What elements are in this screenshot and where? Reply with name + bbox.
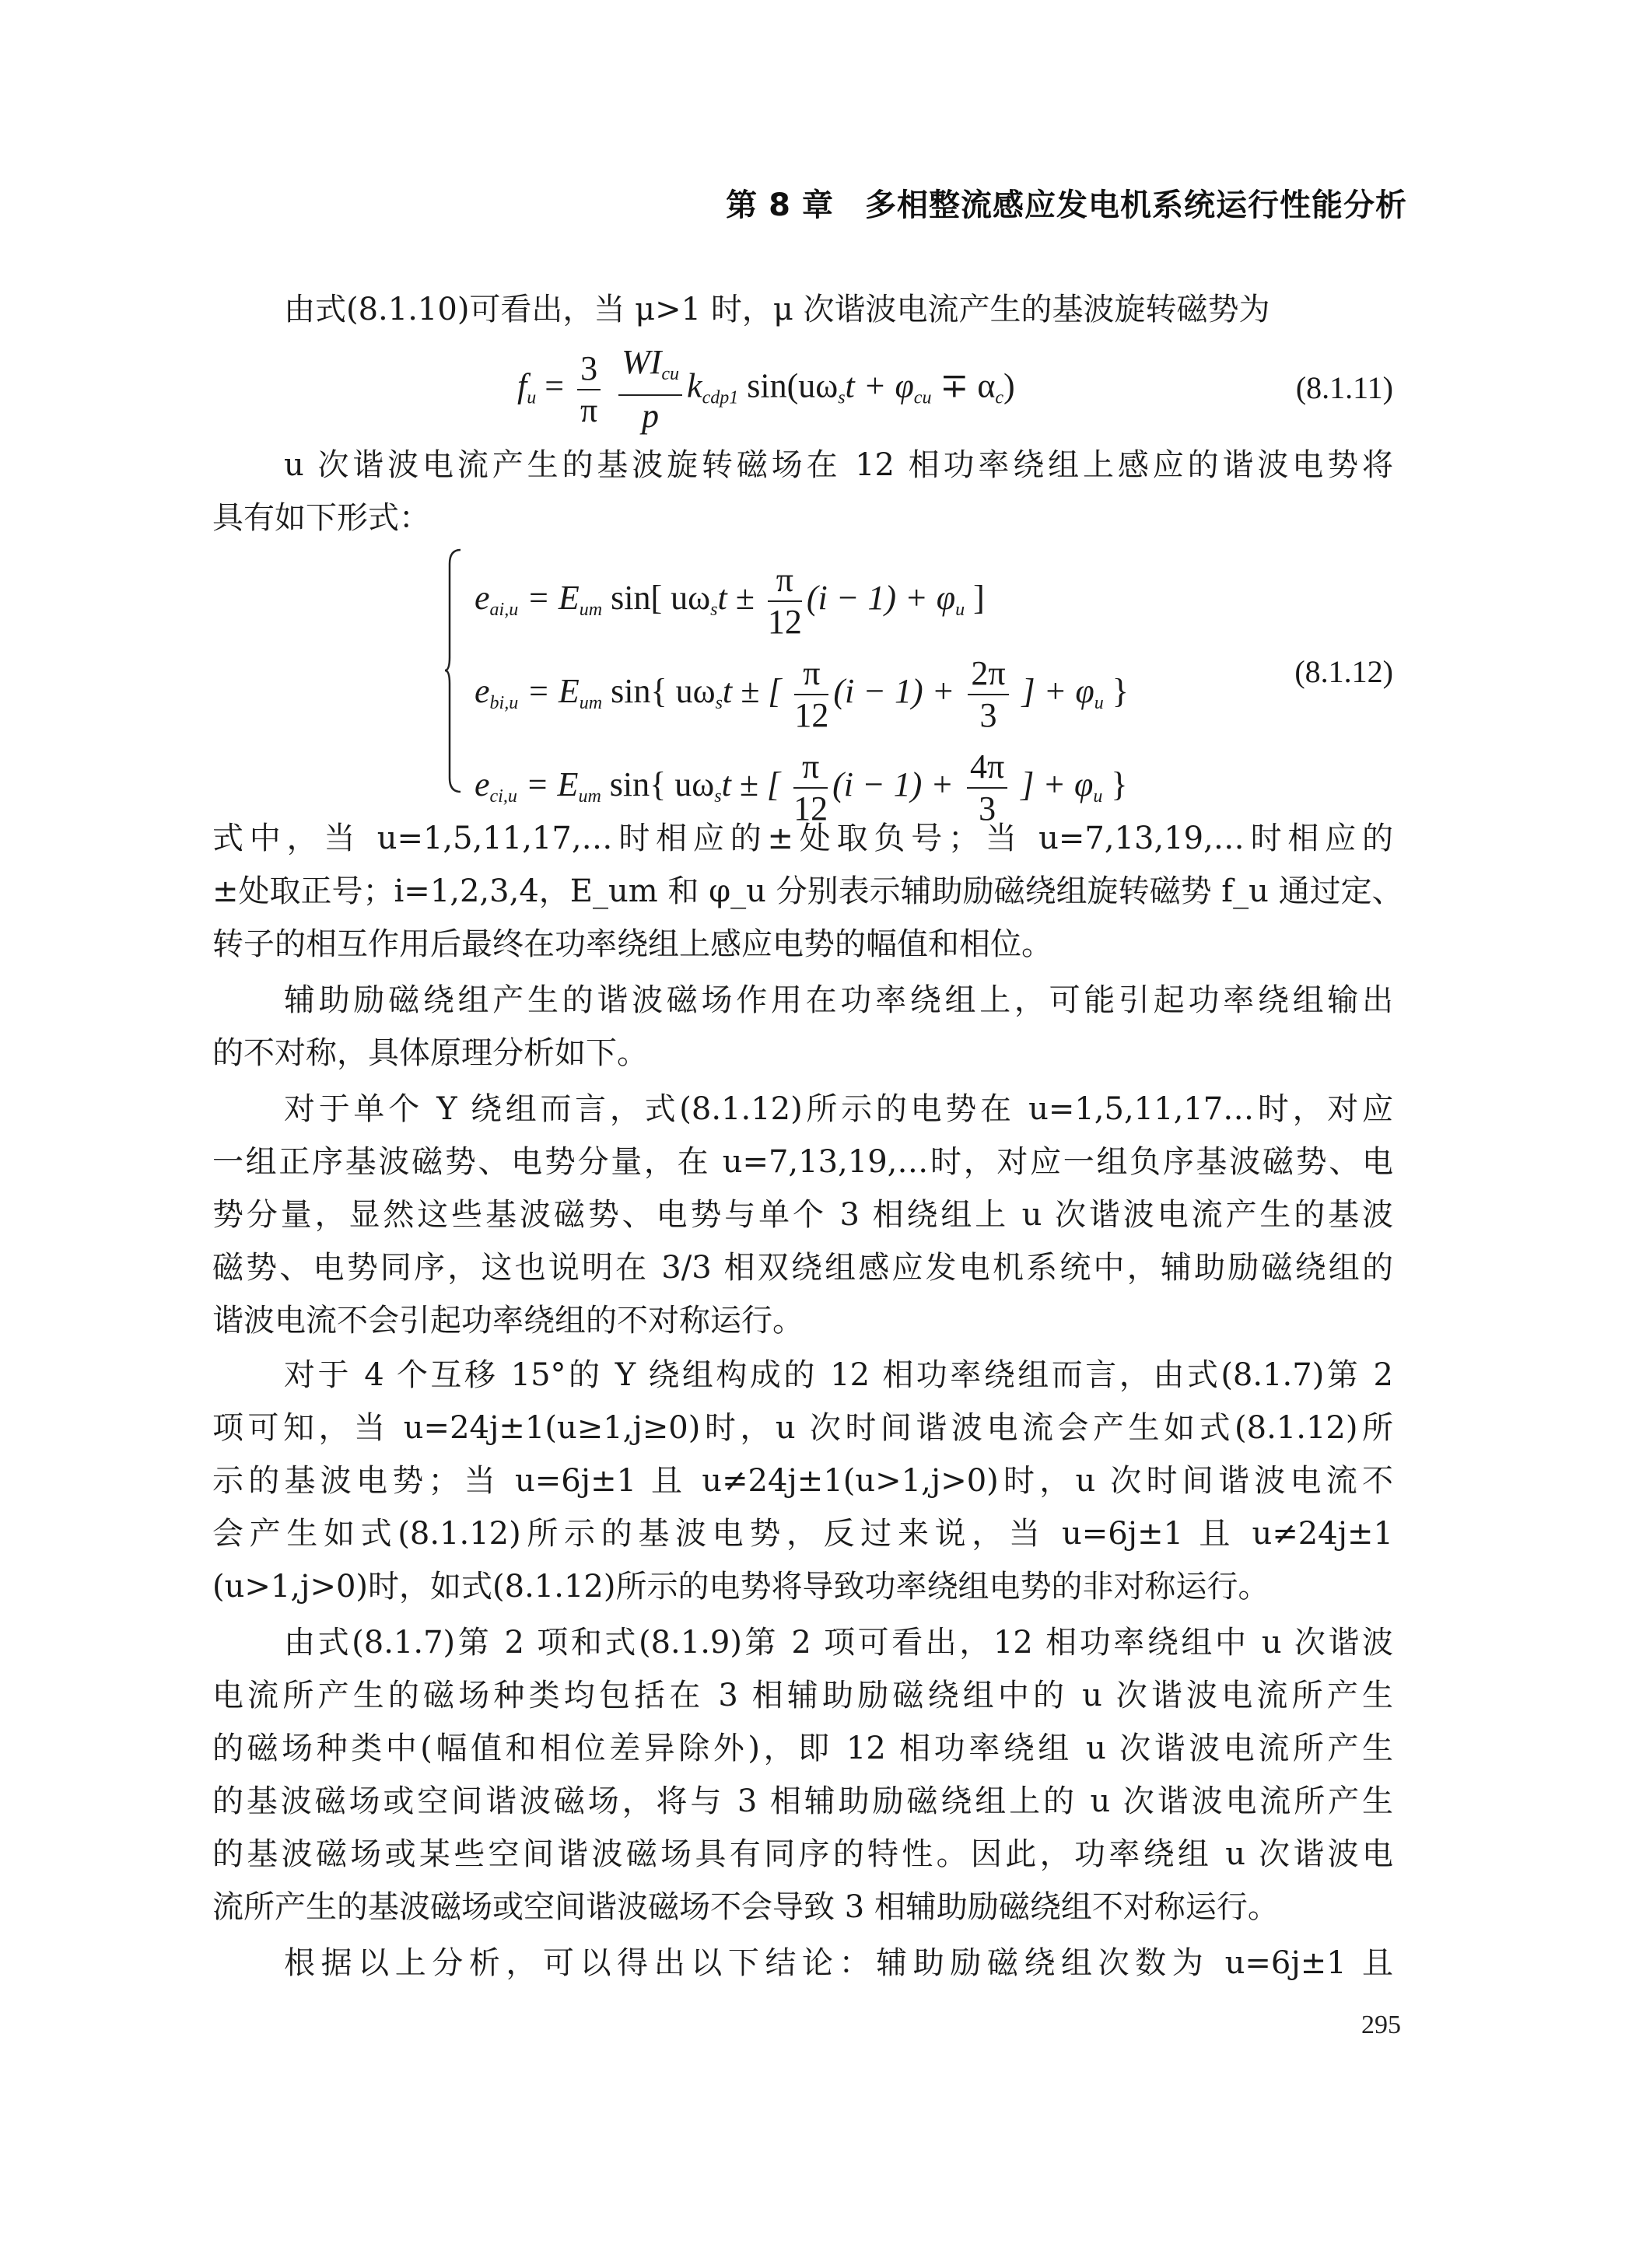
paragraph-5-line-1: 对于单个 Y 绕组而言，式(8.1.12)所示的电势在 u=1,5,11,17…… xyxy=(284,1089,1393,1129)
fraction-3-over-pi: 3π xyxy=(577,348,601,431)
paragraph-3-line-2: ±处取正号；i=1,2,3,4，E_um 和 φ_u 分别表示辅助励磁绕组旋转磁… xyxy=(212,871,1393,912)
paragraph-6-line-5: (u>1,j>0)时，如式(8.1.12)所示的电势将导致功率绕组电势的非对称运… xyxy=(212,1566,1393,1607)
paragraph-4-line-1: 辅助励磁绕组产生的谐波磁场作用在功率绕组上，可能引起功率绕组输出 xyxy=(284,980,1393,1020)
fraction-WI-over-p: WIcup xyxy=(618,342,682,436)
paragraph-5-line-3: 势分量，显然这些基波磁势、电势与单个 3 相绕组上 u 次谐波电流产生的基波 xyxy=(212,1195,1393,1235)
paragraph-8-line-1: 根据以上分析，可以得出以下结论：辅助励磁绕组次数为 u=6j±1 且 xyxy=(284,1943,1393,1983)
paragraph-6-line-3: 示的基波电势；当 u=6j±1 且 u≠24j±1(u>1,j>0)时，u 次时… xyxy=(212,1461,1393,1501)
paragraph-7-line-3: 的磁场种类中(幅值和相位差异除外)，即 12 相功率绕组 u 次谐波电流所产生 xyxy=(212,1728,1393,1769)
left-curly-brace xyxy=(443,548,467,793)
equation-row-b: ebi,u = Eum sin{ uωst ± [ π12(i − 1) + 2… xyxy=(475,653,1129,736)
paragraph-6-line-4: 会产生如式(8.1.12)所示的基波电势，反过来说，当 u=6j±1 且 u≠2… xyxy=(212,1514,1393,1554)
paragraph-5-line-2: 一组正序基波磁势、电势分量，在 u=7,13,19,…时，对应一组负序基波磁势、… xyxy=(212,1142,1393,1182)
paragraph-5-line-4: 磁势、电势同序，这也说明在 3/3 相双绕组感应发电机系统中，辅助励磁绕组的 xyxy=(212,1248,1393,1288)
paragraph-7-line-6: 流所产生的基波磁场或空间谐波磁场不会导致 3 相辅助励磁绕组不对称运行。 xyxy=(212,1887,1393,1927)
paragraph-6-line-1: 对于 4 个互移 15°的 Y 绕组构成的 12 相功率绕组而言，由式(8.1.… xyxy=(284,1355,1393,1395)
chapter-title: 多相整流感应发电机系统运行性能分析 xyxy=(865,187,1407,223)
chapter-number: 8 xyxy=(769,187,791,223)
paragraph-3-line-3: 转子的相互作用后最终在功率绕组上感应电势的幅值和相位。 xyxy=(212,924,1393,964)
chapter-prefix: 第 xyxy=(726,187,758,223)
paragraph-7-line-2: 电流所产生的磁场种类均包括在 3 相辅助励磁绕组中的 u 次谐波电流所产生 xyxy=(212,1675,1393,1716)
paragraph-2-line-2: 具有如下形式： xyxy=(212,498,1393,538)
paragraph-4-line-2: 的不对称，具体原理分析如下。 xyxy=(212,1033,1393,1073)
equation-number-8-1-12: (8.1.12) xyxy=(1294,653,1393,690)
book-page: 第8章多相整流感应发电机系统运行性能分析 由式(8.1.10)可看出，当 μ>1… xyxy=(0,0,1625,2268)
equation-number-8-1-11: (8.1.11) xyxy=(1296,369,1393,406)
equation-8-1-11: fu = 3π WIcupkcdp1 sin(uωst + φcu ∓ αc) xyxy=(517,342,1015,436)
paragraph-6-line-2: 项可知，当 u=24j±1(u≥1,j≥0)时，u 次时间谐波电流会产生如式(8… xyxy=(212,1408,1393,1448)
equation-row-c: eci,u = Eum sin{ uωst ± [ π12(i − 1) + 4… xyxy=(475,747,1127,829)
paragraph-7-line-4: 的基波磁场或空间谐波磁场，将与 3 相辅助励磁绕组上的 u 次谐波电流所产生 xyxy=(212,1781,1393,1822)
equation-row-a: eai,u = Eum sin[ uωst ± π12(i − 1) + φu … xyxy=(475,560,985,642)
paragraph-7-line-5: 的基波磁场或某些空间谐波磁场具有同序的特性。因此，功率绕组 u 次谐波电 xyxy=(212,1834,1393,1874)
paragraph-1-line-1: 由式(8.1.10)可看出，当 μ>1 时，μ 次谐波电流产生的基波旋转磁势为 xyxy=(284,289,1393,330)
paragraph-2-line-1: u 次谐波电流产生的基波旋转磁场在 12 相功率绕组上感应的谐波电势将 xyxy=(284,445,1393,485)
paragraph-3-line-1: 式中，当 u=1,5,11,17,…时相应的±处取负号；当 u=7,13,19,… xyxy=(212,818,1393,859)
page-number: 295 xyxy=(1361,2011,1401,2040)
chapter-suffix: 章 xyxy=(802,187,834,223)
paragraph-7-line-1: 由式(8.1.7)第 2 项和式(8.1.9)第 2 项可看出，12 相功率绕组… xyxy=(284,1622,1393,1663)
running-header: 第8章多相整流感应发电机系统运行性能分析 xyxy=(726,180,1407,225)
paragraph-5-line-5: 谐波电流不会引起功率绕组的不对称运行。 xyxy=(212,1300,1393,1341)
